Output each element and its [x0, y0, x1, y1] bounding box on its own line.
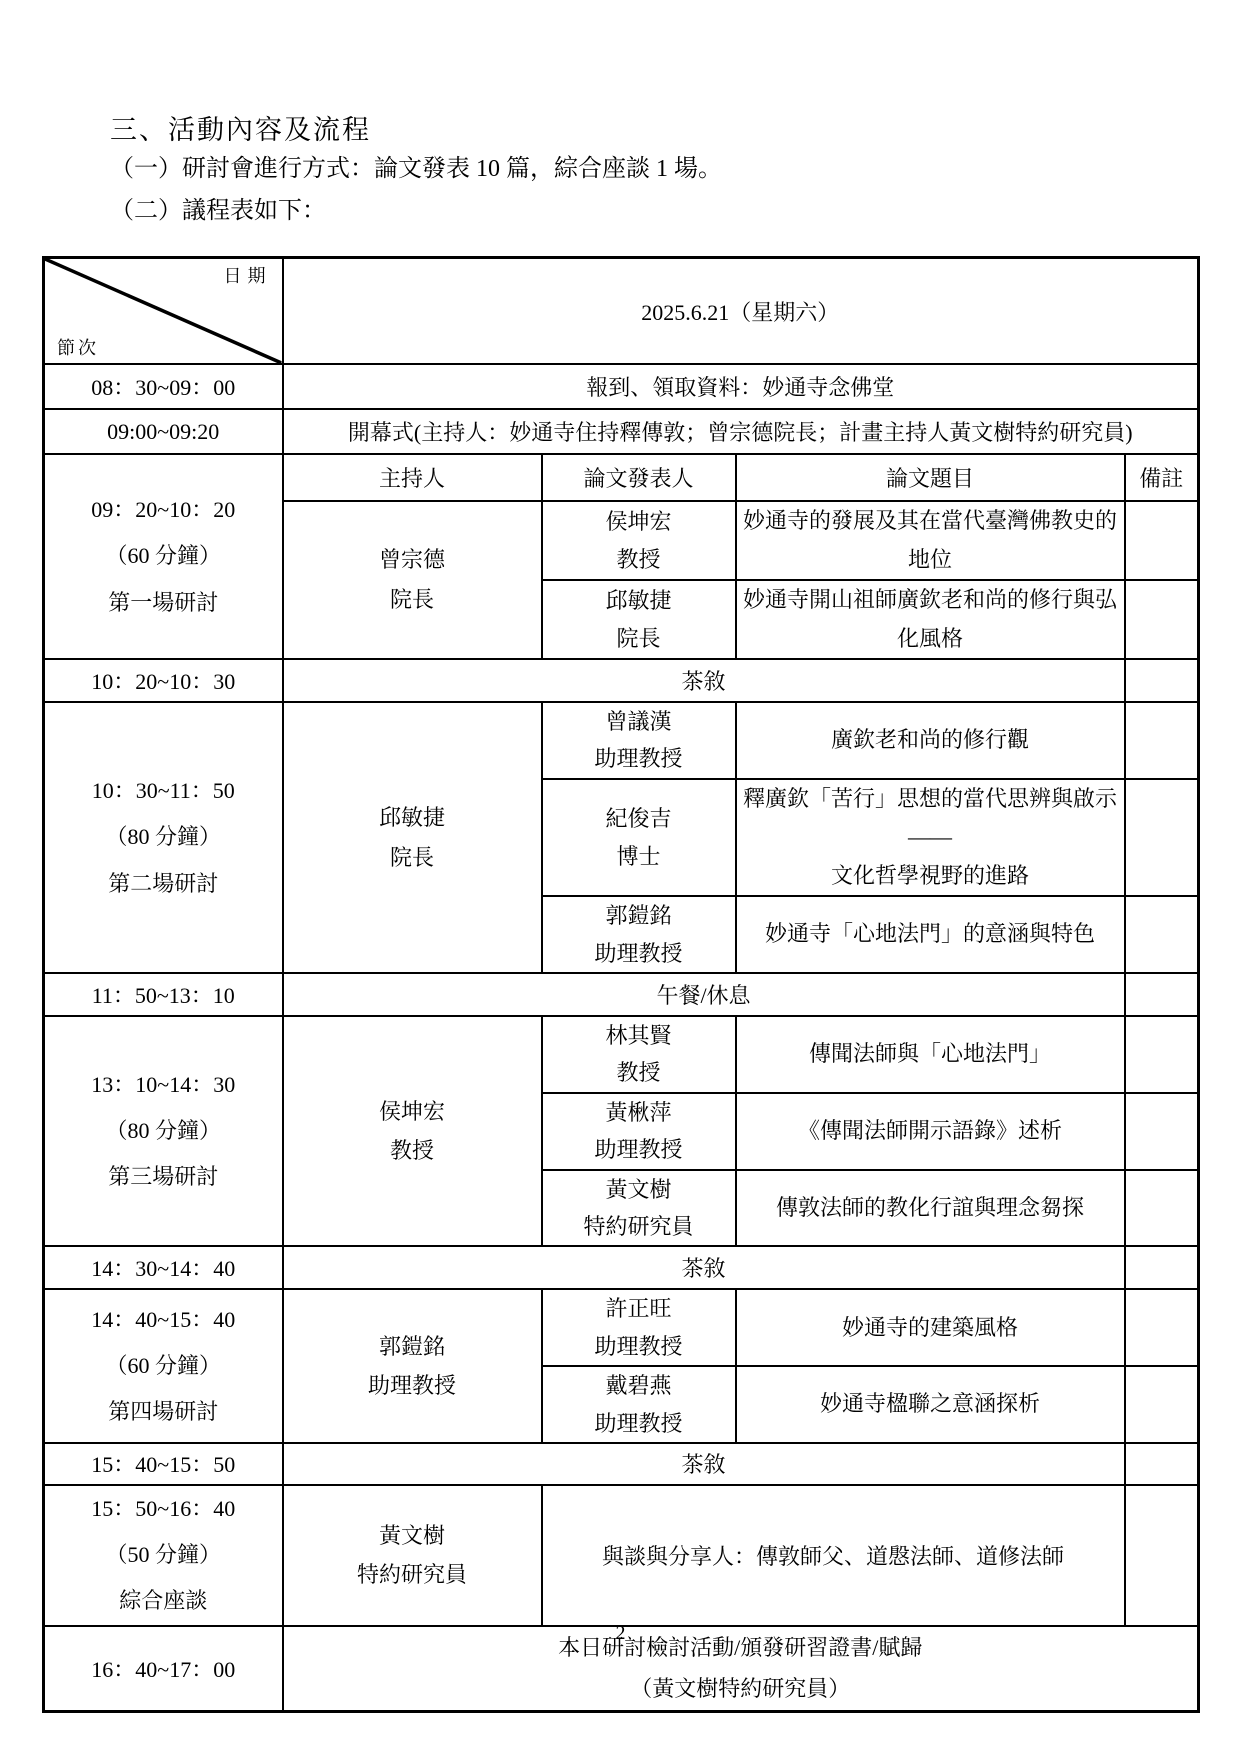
- lunch-row: 11：50~13：10 午餐/休息: [44, 973, 1199, 1016]
- paper-title-cell: 妙通寺開山祖師廣欽老和尚的修行與弘化風格: [736, 580, 1125, 659]
- note-cell: [1125, 1366, 1199, 1443]
- presenter-cell: 黃楸萍 助理教授: [542, 1093, 736, 1170]
- note-cell: [1125, 580, 1199, 659]
- column-header-row: 09：20~10：20 （60 分鐘） 第一場研討 主持人 論文發表人 論文題目…: [44, 454, 1199, 501]
- session2-paper1-row: 10：30~11：50 （80 分鐘） 第二場研討 邱敏捷 院長 曾議漢 助理教…: [44, 702, 1199, 779]
- time-cell: 11：50~13：10: [44, 973, 283, 1016]
- presenter-cell: 郭鎧銘 助理教授: [542, 896, 736, 973]
- date-header-cell: 2025.6.21（星期六）: [283, 258, 1199, 365]
- presenter-cell: 侯坤宏 教授: [542, 501, 736, 580]
- time-cell: 08：30~09：00: [44, 364, 283, 409]
- forum-row: 15：50~16：40 （50 分鐘） 綜合座談 黃文樹 特約研究員 與談與分享…: [44, 1485, 1199, 1626]
- paper-title-cell: 《傳聞法師開示語錄》述析: [736, 1093, 1125, 1170]
- break1-row: 10：20~10：30 茶敘: [44, 659, 1199, 702]
- paper-title-cell: 妙通寺「心地法門」的意涵與特色: [736, 896, 1125, 973]
- session1-chair-cell: 曾宗德 院長: [283, 501, 542, 659]
- note-cell: [1125, 1443, 1199, 1485]
- note-cell: [1125, 702, 1199, 779]
- title-column-header: 論文題目: [736, 454, 1125, 501]
- presenter-cell: 林其賢 教授: [542, 1016, 736, 1093]
- note-cell: [1125, 1246, 1199, 1289]
- note-cell: [1125, 501, 1199, 580]
- presenter-cell: 戴碧燕 助理教授: [542, 1366, 736, 1443]
- forum-chair-cell: 黃文樹 特約研究員: [283, 1485, 542, 1626]
- registration-row: 08：30~09：00 報到、領取資料：妙通寺念佛堂: [44, 364, 1199, 409]
- paper-title-cell: 妙通寺的建築風格: [736, 1289, 1125, 1366]
- time-cell: 15：40~15：50: [44, 1443, 283, 1485]
- document-page: 三、活動內容及流程 （一）研討會進行方式：論文發表 10 篇，綜合座談 1 場。…: [0, 0, 1241, 1755]
- registration-cell: 報到、領取資料：妙通寺念佛堂: [283, 364, 1199, 409]
- paper-title-cell: 妙通寺的發展及其在當代臺灣佛教史的 地位: [736, 501, 1125, 580]
- opening-cell: 開幕式(主持人：妙通寺住持釋傳敦；曾宗德院長；計畫主持人黃文樹特約研究員): [283, 409, 1199, 454]
- note-cell: [1125, 1093, 1199, 1170]
- note-cell: [1125, 659, 1199, 702]
- paper-title-cell: 廣欽老和尚的修行觀: [736, 702, 1125, 779]
- break-cell: 茶敘: [283, 659, 1125, 702]
- note-cell: [1125, 779, 1199, 897]
- time-cell: 09:00~09:20: [44, 409, 283, 454]
- session3-chair-cell: 侯坤宏 教授: [283, 1016, 542, 1246]
- presenter-cell: 曾議漢 助理教授: [542, 702, 736, 779]
- session4-time-cell: 14：40~15：40 （60 分鐘） 第四場研討: [44, 1289, 283, 1443]
- forum-content-cell: 與談與分享人：傳敦師父、道慇法師、道修法師: [542, 1485, 1125, 1626]
- note-cell: [1125, 1170, 1199, 1247]
- time-cell: 10：20~10：30: [44, 659, 283, 702]
- presenter-column-header: 論文發表人: [542, 454, 736, 501]
- note-column-header: 備註: [1125, 454, 1199, 501]
- note-cell: [1125, 1485, 1199, 1626]
- paper-title-cell: 釋廣欽「苦行」思想的當代思辨與啟示—— 文化哲學視野的進路: [736, 779, 1125, 897]
- note-cell: [1125, 1289, 1199, 1366]
- lunch-cell: 午餐/休息: [283, 973, 1125, 1016]
- forum-time-cell: 15：50~16：40 （50 分鐘） 綜合座談: [44, 1485, 283, 1626]
- note-cell: [1125, 1016, 1199, 1093]
- session2-time-cell: 10：30~11：50 （80 分鐘） 第二場研討: [44, 702, 283, 973]
- opening-row: 09:00~09:20 開幕式(主持人：妙通寺住持釋傳敦；曾宗德院長；計畫主持人…: [44, 409, 1199, 454]
- presenter-cell: 黃文樹 特約研究員: [542, 1170, 736, 1247]
- chair-column-header: 主持人: [283, 454, 542, 501]
- break-cell: 茶敘: [283, 1443, 1125, 1485]
- corner-date-label: 日期: [224, 262, 272, 288]
- date-header-row: 日期 節次 2025.6.21（星期六）: [44, 258, 1199, 365]
- session3-paper1-row: 13：10~14：30 （80 分鐘） 第三場研討 侯坤宏 教授 林其賢 教授 …: [44, 1016, 1199, 1093]
- section-heading: 三、活動內容及流程: [110, 108, 371, 147]
- note-cell: [1125, 973, 1199, 1016]
- presenter-cell: 許正旺 助理教授: [542, 1289, 736, 1366]
- session4-paper1-row: 14：40~15：40 （60 分鐘） 第四場研討 郭鎧銘 助理教授 許正旺 助…: [44, 1289, 1199, 1366]
- session4-chair-cell: 郭鎧銘 助理教授: [283, 1289, 542, 1443]
- presenter-cell: 邱敏捷 院長: [542, 580, 736, 659]
- session3-time-cell: 13：10~14：30 （80 分鐘） 第三場研討: [44, 1016, 283, 1246]
- intro-line-2: （二）議程表如下：: [110, 190, 326, 225]
- break2-row: 14：30~14：40 茶敘: [44, 1246, 1199, 1289]
- time-cell: 14：30~14：40: [44, 1246, 283, 1289]
- presenter-cell: 紀俊吉 博士: [542, 779, 736, 897]
- break-cell: 茶敘: [283, 1246, 1125, 1289]
- paper-title-cell: 傳敦法師的教化行誼與理念芻探: [736, 1170, 1125, 1247]
- intro-line-1: （一）研討會進行方式：論文發表 10 篇，綜合座談 1 場。: [110, 148, 722, 183]
- paper-title-cell: 妙通寺楹聯之意涵探析: [736, 1366, 1125, 1443]
- corner-cell: 日期 節次: [44, 258, 283, 365]
- session1-time-cell: 09：20~10：20 （60 分鐘） 第一場研討: [44, 454, 283, 659]
- session2-chair-cell: 邱敏捷 院長: [283, 702, 542, 973]
- break3-row: 15：40~15：50 茶敘: [44, 1443, 1199, 1485]
- agenda-table: 日期 節次 2025.6.21（星期六） 08：30~09：00 報到、領取資料…: [42, 256, 1200, 1713]
- note-cell: [1125, 896, 1199, 973]
- corner-session-label: 節次: [57, 334, 99, 360]
- paper-title-cell: 傳聞法師與「心地法門」: [736, 1016, 1125, 1093]
- page-number: 2: [0, 1622, 1241, 1645]
